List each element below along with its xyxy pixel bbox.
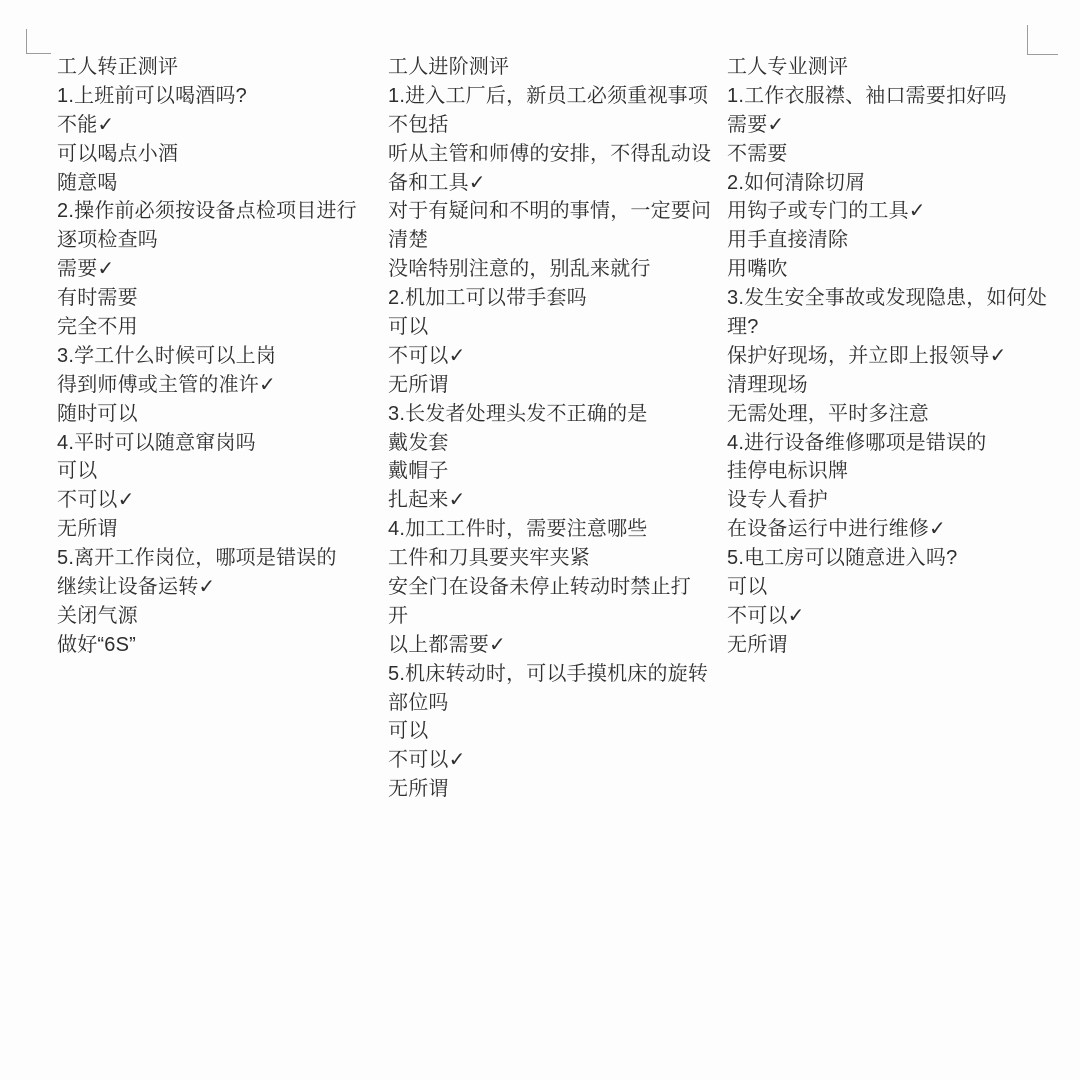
column-lines: 1.上班前可以喝酒吗?不能✓可以喝点小酒随意喝2.操作前必须按设备点检项目进行逐… [57, 82, 387, 660]
text-line: 可以喝点小酒 [57, 140, 387, 169]
text-line: 挂停电标识牌 [727, 457, 1057, 486]
text-line: 可以 [57, 457, 387, 486]
assessment-column-professional: 工人专业测评 1.工作衣服襟、袖口需要扣好吗需要✓不需要2.如何清除切屑用钩子或… [727, 53, 1057, 660]
text-line: 随意喝 [57, 169, 387, 198]
text-line: 2.如何清除切屑 [727, 169, 1057, 198]
text-line: 扎起来✓ [388, 486, 718, 515]
text-line: 无所谓 [57, 515, 387, 544]
text-line: 3.长发者处理头发不正确的是 [388, 400, 718, 429]
text-line: 可以 [727, 573, 1057, 602]
text-line: 不可以✓ [57, 486, 387, 515]
text-line: 2.操作前必须按设备点检项目进行 [57, 197, 387, 226]
text-line: 不可以✓ [388, 342, 718, 371]
text-line: 戴帽子 [388, 457, 718, 486]
text-line: 工件和刀具要夹牢夹紧 [388, 544, 718, 573]
text-line: 对于有疑问和不明的事情，一定要问 [388, 197, 718, 226]
text-line: 没啥特别注意的，别乱来就行 [388, 255, 718, 284]
text-line: 安全门在设备未停止转动时禁止打 [388, 573, 718, 602]
text-line: 清楚 [388, 226, 718, 255]
column-title: 工人转正测评 [57, 53, 387, 82]
text-line: 理? [727, 313, 1057, 342]
text-line: 可以 [388, 313, 718, 342]
text-line: 设专人看护 [727, 486, 1057, 515]
text-line: 做好“6S” [57, 631, 387, 660]
text-line: 4.加工工件时，需要注意哪些 [388, 515, 718, 544]
text-line: 不包括 [388, 111, 718, 140]
text-line: 不需要 [727, 140, 1057, 169]
text-line: 1.进入工厂后，新员工必须重视事项 [388, 82, 718, 111]
text-line: 需要✓ [57, 255, 387, 284]
text-line: 1.工作衣服襟、袖口需要扣好吗 [727, 82, 1057, 111]
text-line: 5.电工房可以随意进入吗? [727, 544, 1057, 573]
page-corner-mark-top-right [1027, 25, 1058, 55]
text-line: 用钩子或专门的工具✓ [727, 197, 1057, 226]
page-corner-mark-top-left [26, 29, 51, 54]
text-line: 开 [388, 602, 718, 631]
text-line: 5.机床转动时，可以手摸机床的旋转 [388, 660, 718, 689]
text-line: 逐项检查吗 [57, 226, 387, 255]
text-line: 戴发套 [388, 429, 718, 458]
text-line: 无所谓 [388, 775, 718, 804]
text-line: 无所谓 [727, 631, 1057, 660]
column-lines: 1.工作衣服襟、袖口需要扣好吗需要✓不需要2.如何清除切屑用钩子或专门的工具✓用… [727, 82, 1057, 660]
text-line: 用嘴吹 [727, 255, 1057, 284]
text-line: 关闭气源 [57, 602, 387, 631]
text-line: 2.机加工可以带手套吗 [388, 284, 718, 313]
column-title: 工人专业测评 [727, 53, 1057, 82]
text-line: 不可以✓ [727, 602, 1057, 631]
column-lines: 1.进入工厂后，新员工必须重视事项不包括听从主管和师傅的安排，不得乱动设备和工具… [388, 82, 718, 804]
assessment-column-advanced: 工人进阶测评 1.进入工厂后，新员工必须重视事项不包括听从主管和师傅的安排，不得… [388, 53, 718, 804]
text-line: 5.离开工作岗位，哪项是错误的 [57, 544, 387, 573]
text-line: 保护好现场，并立即上报领导✓ [727, 342, 1057, 371]
text-line: 用手直接清除 [727, 226, 1057, 255]
text-line: 继续让设备运转✓ [57, 573, 387, 602]
text-line: 备和工具✓ [388, 169, 718, 198]
text-line: 得到师傅或主管的准许✓ [57, 371, 387, 400]
text-line: 听从主管和师傅的安排，不得乱动设 [388, 140, 718, 169]
text-line: 清理现场 [727, 371, 1057, 400]
text-line: 不能✓ [57, 111, 387, 140]
text-line: 有时需要 [57, 284, 387, 313]
column-title: 工人进阶测评 [388, 53, 718, 82]
text-line: 3.学工什么时候可以上岗 [57, 342, 387, 371]
text-line: 1.上班前可以喝酒吗? [57, 82, 387, 111]
text-line: 需要✓ [727, 111, 1057, 140]
assessment-column-regularization: 工人转正测评 1.上班前可以喝酒吗?不能✓可以喝点小酒随意喝2.操作前必须按设备… [57, 53, 387, 660]
text-line: 以上都需要✓ [388, 631, 718, 660]
text-line: 在设备运行中进行维修✓ [727, 515, 1057, 544]
text-line: 完全不用 [57, 313, 387, 342]
text-line: 可以 [388, 717, 718, 746]
text-line: 4.平时可以随意窜岗吗 [57, 429, 387, 458]
text-line: 3.发生安全事故或发现隐患，如何处 [727, 284, 1057, 313]
text-line: 随时可以 [57, 400, 387, 429]
text-line: 4.进行设备维修哪项是错误的 [727, 429, 1057, 458]
text-line: 无需处理，平时多注意 [727, 400, 1057, 429]
text-line: 不可以✓ [388, 746, 718, 775]
document-page: 工人转正测评 1.上班前可以喝酒吗?不能✓可以喝点小酒随意喝2.操作前必须按设备… [0, 0, 1080, 1080]
text-line: 部位吗 [388, 689, 718, 718]
text-line: 无所谓 [388, 371, 718, 400]
